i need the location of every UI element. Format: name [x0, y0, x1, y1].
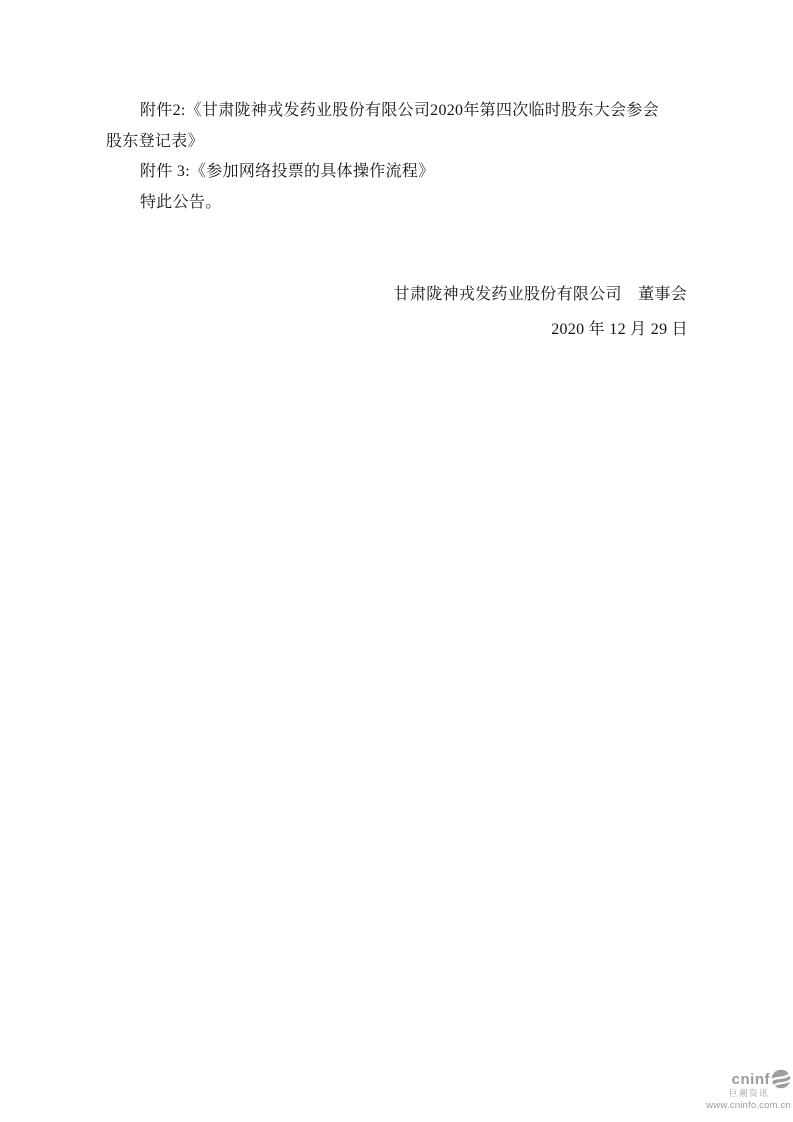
cninfo-website: www.cninfo.com.cn [706, 1100, 791, 1111]
signature-date: 2020 年 12 月 29 日 [551, 320, 688, 340]
signature-company: 甘肃陇神戎发药业股份有限公司 董事会 [394, 285, 687, 305]
announcement-page: 附件2:《甘肃陇神戎发药业股份有限公司2020年第四次临时股东大会参会 股东登记… [0, 0, 793, 1122]
attachment2-text-line1: 附件2:《甘肃陇神戎发药业股份有限公司2020年第四次临时股东大会参会 [140, 101, 659, 121]
cninfo-swirl-icon [771, 1069, 791, 1089]
cninfo-watermark: cninf 巨潮资讯 www.cninfo.com.cn [706, 1069, 791, 1111]
cninfo-subtitle: 巨潮资讯 [729, 1088, 769, 1099]
cninfo-brand-text: cninf [732, 1072, 770, 1087]
cninfo-brand-row: cninf [732, 1069, 791, 1089]
closing-statement: 特此公告。 [140, 193, 222, 213]
attachment2-text-line2: 股东登记表》 [106, 132, 204, 152]
attachment3-text: 附件 3:《参加网络投票的具体操作流程》 [140, 162, 434, 182]
